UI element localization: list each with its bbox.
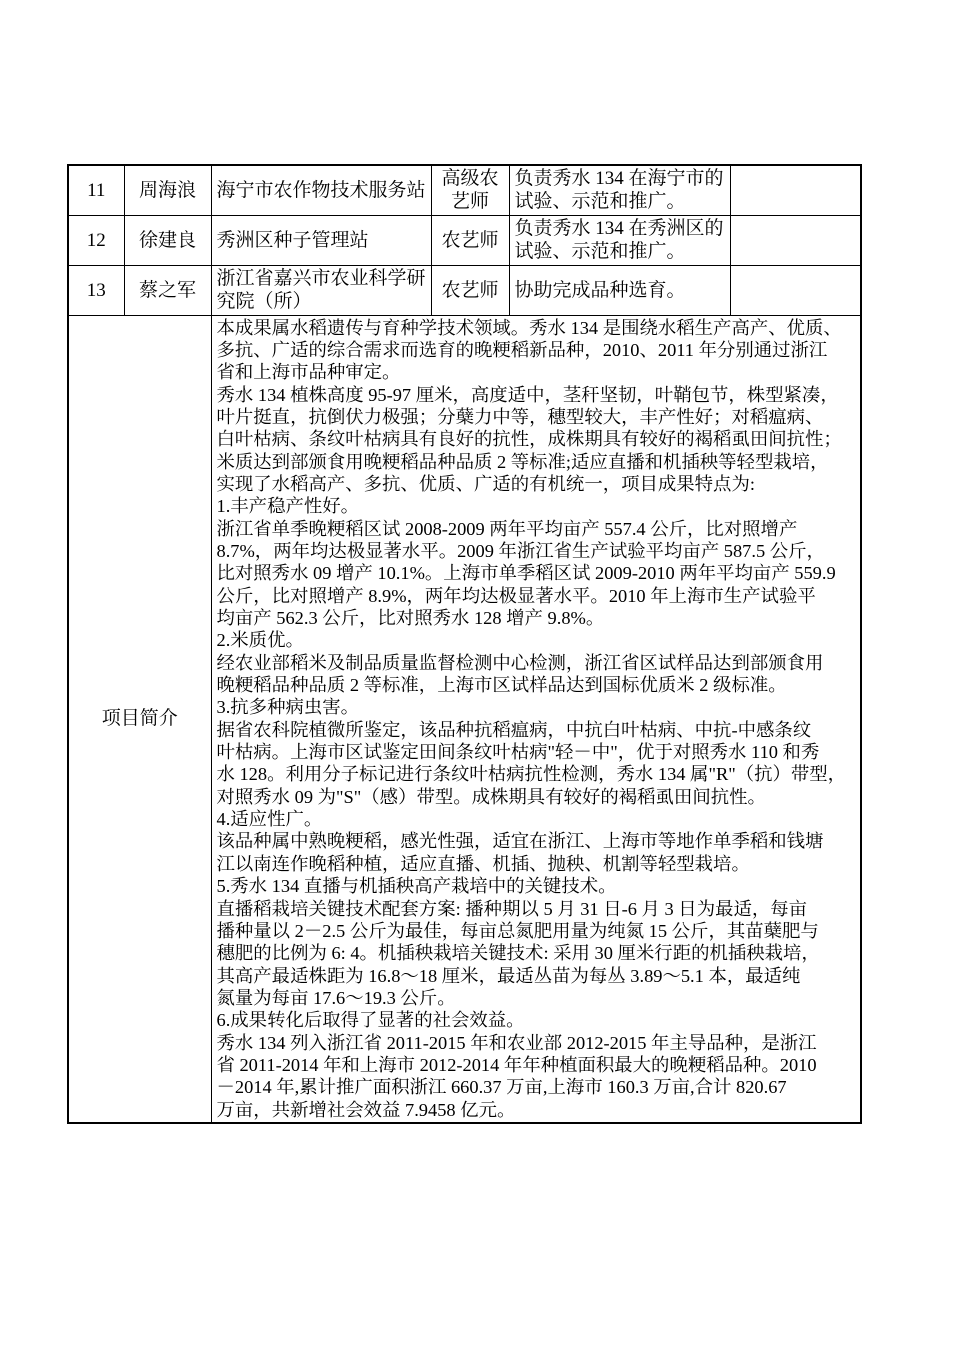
- table-row: 12 徐建良 秀洲区种子管理站 农艺师 负责秀水 134 在秀洲区的试验、示范和…: [68, 215, 861, 265]
- summary-line: 浙江省单季晚粳稻区试 2008-2009 两年平均亩产 557.4 公斤，比对照…: [217, 518, 856, 540]
- summary-line: 秀水 134 植株高度 95-97 厘米，高度适中，茎秆坚韧，叶鞘包节，株型紧凑…: [217, 384, 856, 406]
- summary-line: －2014 年,累计推广面积浙江 660.37 万亩,上海市 160.3 万亩,…: [217, 1076, 856, 1098]
- summary-line: 对照秀水 09 为"S"（感）带型。成株期具有较好的褐稻虱田间抗性。: [217, 786, 856, 808]
- empty-cell: [730, 265, 861, 315]
- person-number: 12: [68, 215, 124, 265]
- person-duty: 协助完成品种选育。: [509, 265, 730, 315]
- table-row: 11 周海浪 海宁市农作物技术服务站 高级农艺师 负责秀水 134 在海宁市的试…: [68, 165, 861, 215]
- summary-line: 万亩，共新增社会效益 7.9458 亿元。: [217, 1099, 856, 1121]
- summary-line: 公斤，比对照增产 8.9%，两年均达极显著水平。2010 年上海市生产试验平: [217, 585, 856, 607]
- person-name: 周海浪: [124, 165, 211, 215]
- summary-row: 项目简介 本成果属水稻遗传与育种学技术领域。秀水 134 是围绕水稻生产高产、优…: [68, 315, 861, 1123]
- summary-line: 比对照秀水 09 增产 10.1%。上海市单季稻区试 2009-2010 两年平…: [217, 562, 856, 584]
- summary-line: 5.秀水 134 直播与机插秧高产栽培中的关键技术。: [217, 875, 856, 897]
- summary-line: 秀水 134 列入浙江省 2011-2015 年和农业部 2012-2015 年…: [217, 1032, 856, 1054]
- person-title: 农艺师: [431, 215, 509, 265]
- summary-line: 本成果属水稻遗传与育种学技术领域。秀水 134 是围绕水稻生产高产、优质、: [217, 317, 856, 339]
- person-organization: 浙江省嘉兴市农业科学研究院（所）: [211, 265, 431, 315]
- summary-line: 氮量为每亩 17.6～19.3 公斤。: [217, 987, 856, 1009]
- person-duty: 负责秀水 134 在秀洲区的试验、示范和推广。: [509, 215, 730, 265]
- summary-line: 省 2011-2014 年和上海市 2012-2014 年年种植面积最大的晚粳稻…: [217, 1054, 856, 1076]
- person-number: 11: [68, 165, 124, 215]
- empty-cell: [730, 165, 861, 215]
- person-title: 高级农艺师: [431, 165, 509, 215]
- summary-line: 米质达到部颁食用晚粳稻品种品质 2 等标准;适应直播和机插秧等轻型栽培，: [217, 451, 856, 473]
- summary-line: 该品种属中熟晚粳稻，感光性强，适宜在浙江、上海市等地作单季稻和钱塘: [217, 830, 856, 852]
- personnel-and-summary-table: 11 周海浪 海宁市农作物技术服务站 高级农艺师 负责秀水 134 在海宁市的试…: [67, 164, 862, 1124]
- summary-line: 据省农科院植微所鉴定，该品种抗稻瘟病，中抗白叶枯病、中抗-中感条纹: [217, 719, 856, 741]
- summary-line: 经农业部稻米及制品质量监督检测中心检测，浙江省区试样品达到部颁食用: [217, 652, 856, 674]
- summary-line: 叶枯病。上海市区试鉴定田间条纹叶枯病"轻－中"，优于对照秀水 110 和秀: [217, 741, 856, 763]
- summary-line: 1.丰产稳产性好。: [217, 495, 856, 517]
- summary-label: 项目简介: [68, 315, 211, 1123]
- person-duty: 负责秀水 134 在海宁市的试验、示范和推广。: [509, 165, 730, 215]
- person-organization: 秀洲区种子管理站: [211, 215, 431, 265]
- summary-line: 晚粳稻品种品质 2 等标准，上海市区试样品达到国标优质米 2 级标准。: [217, 674, 856, 696]
- summary-line: 多抗、广适的综合需求而选育的晚粳稻新品种，2010、2011 年分别通过浙江: [217, 339, 856, 361]
- summary-line: 均亩产 562.3 公斤，比对照秀水 128 增产 9.8%。: [217, 607, 856, 629]
- summary-line: 3.抗多种病虫害。: [217, 696, 856, 718]
- summary-line: 省和上海市品种审定。: [217, 361, 856, 383]
- summary-line: 直播稻栽培关键技术配套方案: 播种期以 5 月 31 日-6 月 3 日为最适，…: [217, 898, 856, 920]
- table-row: 13 蔡之军 浙江省嘉兴市农业科学研究院（所） 农艺师 协助完成品种选育。: [68, 265, 861, 315]
- person-title: 农艺师: [431, 265, 509, 315]
- summary-line: 播种量以 2－2.5 公斤为最佳，每亩总氮肥用量为纯氮 15 公斤，其苗蘖肥与: [217, 920, 856, 942]
- summary-line: 实现了水稻高产、多抗、优质、广适的有机统一，项目成果特点为:: [217, 473, 856, 495]
- summary-line: 江以南连作晚稻种植，适应直播、机插、抛秧、机割等轻型栽培。: [217, 853, 856, 875]
- summary-line: 穗肥的比例为 6: 4。机插秧栽培关键技术: 采用 30 厘米行距的机插秧栽培，: [217, 942, 856, 964]
- summary-line: 2.米质优。: [217, 629, 856, 651]
- person-organization: 海宁市农作物技术服务站: [211, 165, 431, 215]
- summary-line: 6.成果转化后取得了显著的社会效益。: [217, 1009, 856, 1031]
- person-name: 蔡之军: [124, 265, 211, 315]
- summary-line: 水 128。利用分子标记进行条纹叶枯病抗性检测，秀水 134 属"R"（抗）带型…: [217, 763, 856, 785]
- person-number: 13: [68, 265, 124, 315]
- summary-line: 其高产最适株距为 16.8～18 厘米，最适丛苗为每丛 3.89～5.1 本，最…: [217, 965, 856, 987]
- summary-line: 白叶枯病、条纹叶枯病具有良好的抗性，成株期具有较好的褐稻虱田间抗性；: [217, 428, 856, 450]
- document-page: { "page": { "background": "#ffffff", "bo…: [0, 0, 954, 1348]
- person-name: 徐建良: [124, 215, 211, 265]
- summary-text: 本成果属水稻遗传与育种学技术领域。秀水 134 是围绕水稻生产高产、优质、多抗、…: [211, 315, 861, 1123]
- empty-cell: [730, 215, 861, 265]
- summary-line: 叶片挺直，抗倒伏力极强；分蘖力中等，穗型较大，丰产性好；对稻瘟病、: [217, 406, 856, 428]
- summary-line: 8.7%，两年均达极显著水平。2009 年浙江省生产试验平均亩产 587.5 公…: [217, 540, 856, 562]
- summary-line: 4.适应性广。: [217, 808, 856, 830]
